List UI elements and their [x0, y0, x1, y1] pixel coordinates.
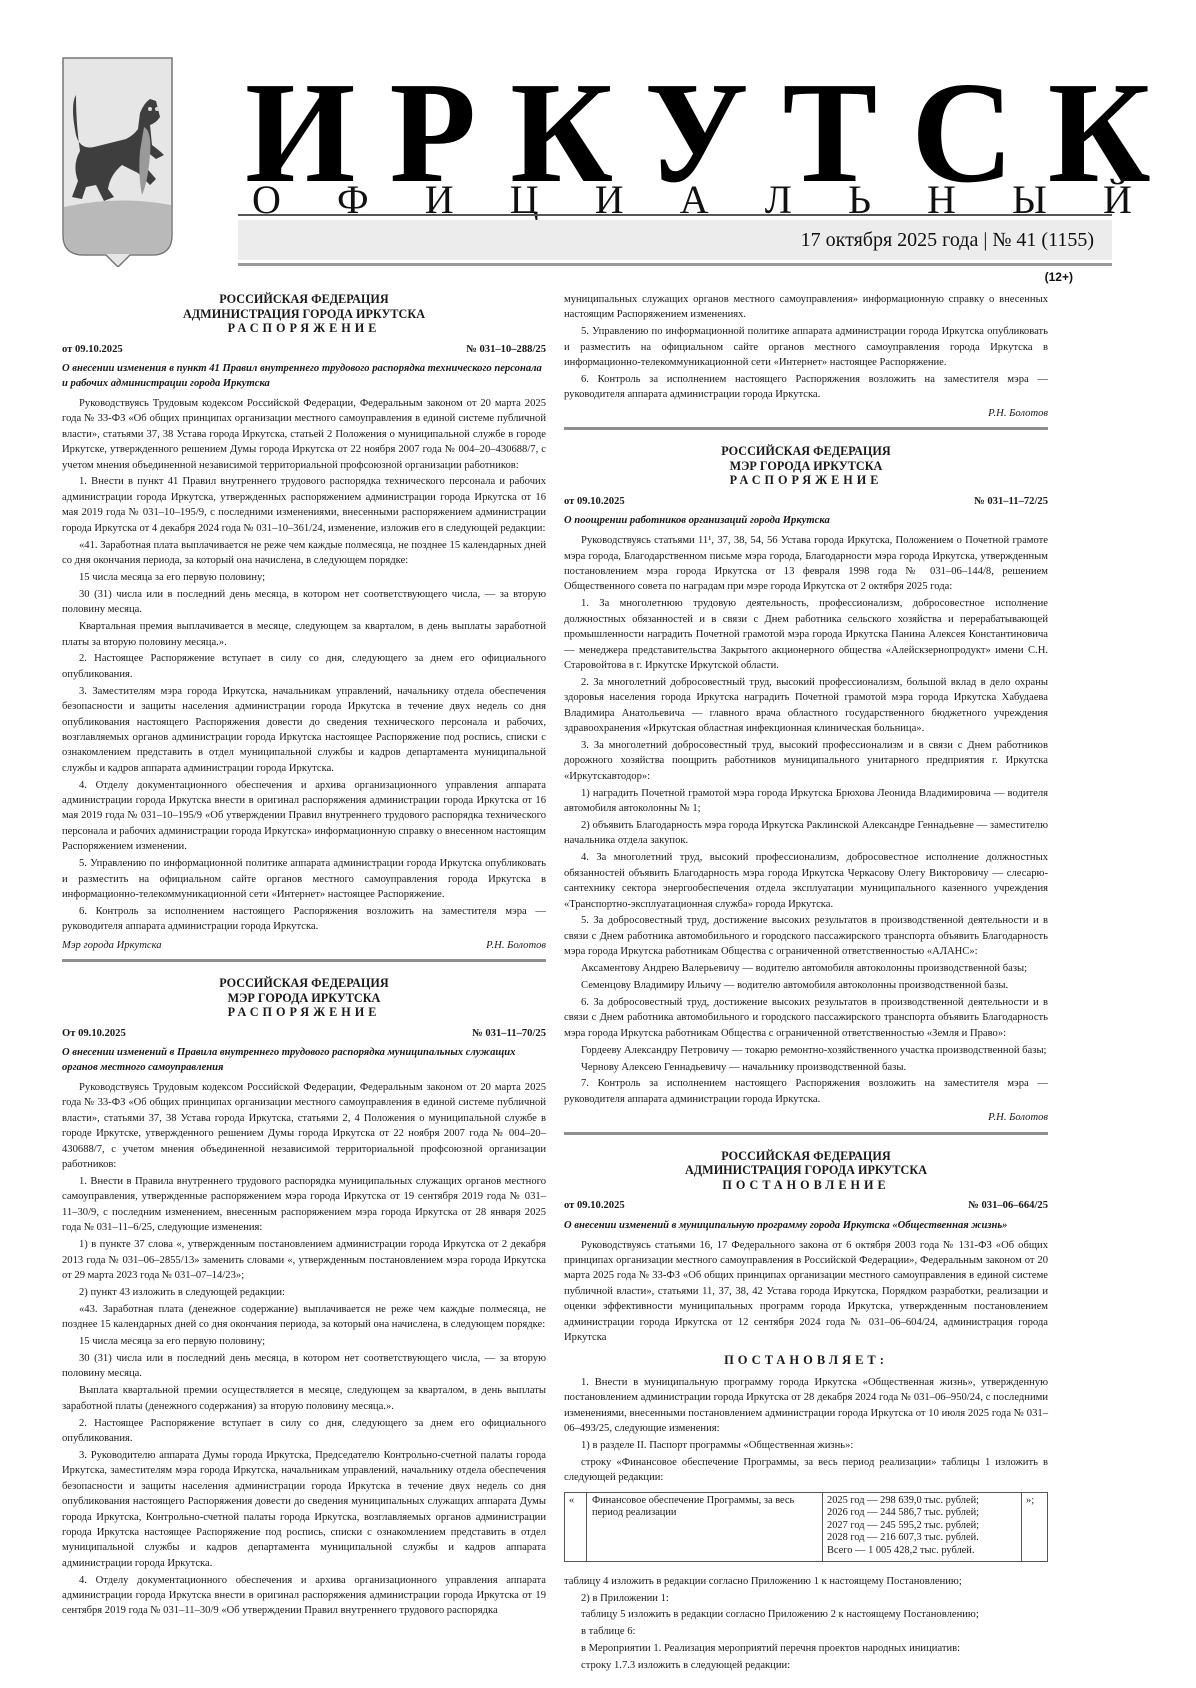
paragraph: Семенцову Владимиру Ильичу — водителю ав… — [564, 978, 1048, 993]
financing-value: 2028 год — 216 607,3 тыс. рублей. — [827, 1532, 1017, 1545]
left-column: РОССИЙСКАЯ ФЕДЕРАЦИЯ АДМИНИСТРАЦИЯ ГОРОД… — [62, 292, 546, 1620]
document-subject: О поощрении работников организаций город… — [564, 513, 1048, 528]
table-cell-open-quote: « — [565, 1492, 587, 1561]
header-line: РОССИЙСКАЯ ФЕДЕРАЦИЯ — [564, 444, 1048, 459]
document-header: РОССИЙСКАЯ ФЕДЕРАЦИЯ МЭР ГОРОДА ИРКУТСКА… — [62, 976, 546, 1020]
document-meta: От 09.10.2025 № 031–11–70/25 — [62, 1026, 546, 1041]
paragraph: 1. Внести в пункт 41 Правил внутреннего … — [62, 474, 546, 536]
document-subject: О внесении изменений в Правила внутренне… — [62, 1045, 546, 1075]
issue-date-number: 17 октября 2025 года | № 41 (1155) — [801, 226, 1094, 254]
paragraph: муниципальных служащих органов местного … — [564, 292, 1048, 323]
document-type: РАСПОРЯЖЕНИЕ — [62, 321, 546, 336]
paragraph: 2) пункт 43 изложить в следующей редакци… — [62, 1285, 546, 1300]
paragraph: 2) в Приложении 1: — [564, 1591, 1048, 1606]
paragraph: 6. Контроль за исполнением настоящего Ра… — [564, 372, 1048, 403]
paragraph: 3. Руководителю аппарата Думы города Ирк… — [62, 1448, 546, 1571]
financing-total: Всего — 1 005 428,2 тыс. рублей. — [827, 1545, 1017, 1558]
paragraph: 2. За многолетний добросовестный труд, в… — [564, 675, 1048, 737]
issue-band: 17 октября 2025 года | № 41 (1155) — [238, 220, 1112, 260]
document-date: От 09.10.2025 — [62, 1026, 126, 1041]
paragraph: 3. Заместителям мэра города Иркутска, на… — [62, 684, 546, 776]
header-line: АДМИНИСТРАЦИЯ ГОРОДА ИРКУТСКА — [564, 1163, 1048, 1178]
paragraph: 7. Контроль за исполнением настоящего Ра… — [564, 1076, 1048, 1107]
signature: Р.Н. Болотов — [564, 406, 1048, 421]
paragraph: 5. Управлению по информационной политике… — [564, 324, 1048, 370]
paragraph: 4. Отделу документационного обеспечения … — [62, 1573, 546, 1619]
paragraph: Руководствуясь статьями 16, 17 Федеральн… — [564, 1238, 1048, 1346]
document-order-288: РОССИЙСКАЯ ФЕДЕРАЦИЯ АДМИНИСТРАЦИЯ ГОРОД… — [62, 292, 546, 953]
paragraph: 3. За многолетний добросовестный труд, в… — [564, 738, 1048, 784]
header-line: МЭР ГОРОДА ИРКУТСКА — [564, 459, 1048, 474]
section-divider — [564, 427, 1048, 430]
document-number: № 031–11–70/25 — [472, 1026, 546, 1041]
masthead: ИРКУТСК О Ф И Ц И А Л Ь Н Ы Й 17 октября… — [62, 60, 1062, 300]
paragraph: Руководствуясь Трудовым кодексом Российс… — [62, 1080, 546, 1172]
paragraph: «43. Заработная плата (денежное содержан… — [62, 1302, 546, 1333]
financing-value: 2027 год — 245 595,2 тыс. рублей; — [827, 1520, 1017, 1533]
table-cell-close-quote: »; — [1022, 1492, 1048, 1561]
irkutsk-coat-of-arms-icon — [62, 85, 152, 285]
paragraph: в Мероприятии 1. Реализация мероприятий … — [564, 1641, 1048, 1656]
paragraph: Аксаментову Андрею Валерьевичу — водител… — [564, 961, 1048, 976]
paragraph: 1. Внести в муниципальную программу горо… — [564, 1375, 1048, 1437]
paragraph: 6. Контроль за исполнением настоящего Ра… — [62, 904, 546, 935]
document-order-70: РОССИЙСКАЯ ФЕДЕРАЦИЯ МЭР ГОРОДА ИРКУТСКА… — [62, 976, 546, 1619]
document-meta: от 09.10.2025 № 031–06–664/25 — [564, 1198, 1048, 1213]
paragraph: 1) наградить Почетной грамотой мэра горо… — [564, 786, 1048, 817]
section-divider — [62, 959, 546, 962]
paragraph: 4. За многолетний труд, высокий професси… — [564, 850, 1048, 912]
paragraph: 15 числа месяца за его первую половину; — [62, 570, 546, 585]
paragraph: Квартальная премия выплачивается в месяц… — [62, 619, 546, 650]
paragraph: 2. Настоящее Распоряжение вступает в сил… — [62, 1416, 546, 1447]
section-divider — [564, 1132, 1048, 1135]
document-header: РОССИЙСКАЯ ФЕДЕРАЦИЯ МЭР ГОРОДА ИРКУТСКА… — [564, 444, 1048, 488]
financing-value: 2025 год — 298 639,0 тыс. рублей; — [827, 1495, 1017, 1508]
paragraph: в таблице 6: — [564, 1624, 1048, 1639]
paragraph: 1. Внести в Правила внутреннего трудовог… — [62, 1174, 546, 1236]
header-line: РОССИЙСКАЯ ФЕДЕРАЦИЯ — [564, 1149, 1048, 1164]
paragraph: «41. Заработная плата выплачивается не р… — [62, 538, 546, 569]
document-date: от 09.10.2025 — [62, 342, 123, 357]
signature: Мэр города Иркутска Р.Н. Болотов — [62, 938, 546, 953]
table-cell-label: Финансовое обеспечение Программы, за вес… — [587, 1492, 823, 1561]
paragraph: Чернову Алексею Геннадьевичу — начальник… — [564, 1060, 1048, 1075]
document-header: РОССИЙСКАЯ ФЕДЕРАЦИЯ АДМИНИСТРАЦИЯ ГОРОД… — [62, 292, 546, 336]
paragraph: строку 1.7.3 изложить в следующей редакц… — [564, 1658, 1048, 1673]
paragraph: 30 (31) числа или в последний день месяц… — [62, 587, 546, 618]
resolves-heading: ПОСТАНОВЛЯЕТ: — [564, 1353, 1048, 1368]
paragraph: таблицу 5 изложить в редакции согласно П… — [564, 1607, 1048, 1622]
document-header: РОССИЙСКАЯ ФЕДЕРАЦИЯ АДМИНИСТРАЦИЯ ГОРОД… — [564, 1149, 1048, 1193]
right-column: муниципальных служащих органов местного … — [564, 292, 1048, 1675]
paragraph: Руководствуясь Трудовым кодексом Российс… — [62, 396, 546, 473]
paragraph: 1) в пункте 37 слова «, утвержденным пос… — [62, 1237, 546, 1283]
signatory-name: Р.Н. Болотов — [988, 406, 1048, 421]
signatory-position: Мэр города Иркутска — [62, 938, 162, 953]
header-rule — [238, 214, 1112, 216]
document-type: РАСПОРЯЖЕНИЕ — [62, 1005, 546, 1020]
signatory-name: Р.Н. Болотов — [486, 938, 546, 953]
paragraph: 4. Отделу документационного обеспечения … — [62, 778, 546, 855]
header-line: АДМИНИСТРАЦИЯ ГОРОДА ИРКУТСКА — [62, 307, 546, 322]
table-cell-values: 2025 год — 298 639,0 тыс. рублей; 2026 г… — [823, 1492, 1022, 1561]
document-meta: от 09.10.2025 № 031–10–288/25 — [62, 342, 546, 357]
paragraph: Гордееву Александру Петровичу — токарю р… — [564, 1043, 1048, 1058]
document-number: № 031–06–664/25 — [968, 1198, 1048, 1213]
paragraph: Руководствуясь статьями 11¹, 37, 38, 54,… — [564, 533, 1048, 595]
document-date: от 09.10.2025 — [564, 1198, 625, 1213]
paragraph: строку «Финансовое обеспечение Программы… — [564, 1455, 1048, 1486]
paragraph: таблицу 4 изложить в редакции согласно П… — [564, 1574, 1048, 1589]
document-resolution-664: РОССИЙСКАЯ ФЕДЕРАЦИЯ АДМИНИСТРАЦИЯ ГОРОД… — [564, 1149, 1048, 1674]
document-type: ПОСТАНОВЛЕНИЕ — [564, 1178, 1048, 1193]
paragraph: 15 числа месяца за его первую половину; — [62, 1334, 546, 1349]
document-number: № 031–10–288/25 — [466, 342, 546, 357]
paragraph: 30 (31) числа или в последний день месяц… — [62, 1351, 546, 1382]
paragraph: 6. За добросовестный труд, достижение вы… — [564, 995, 1048, 1041]
document-order-72: РОССИЙСКАЯ ФЕДЕРАЦИЯ МЭР ГОРОДА ИРКУТСКА… — [564, 444, 1048, 1125]
document-subject: О внесении изменений в муниципальную про… — [564, 1218, 1048, 1233]
document-number: № 031–11–72/25 — [974, 494, 1048, 509]
table-row: « Финансовое обеспечение Программы, за в… — [565, 1492, 1048, 1561]
paragraph: 2. Настоящее Распоряжение вступает в сил… — [62, 651, 546, 682]
paragraph: 1. За многолетнюю трудовую деятельность,… — [564, 596, 1048, 673]
paragraph: 2) объявить Благодарность мэра города Ир… — [564, 818, 1048, 849]
header-line: РОССИЙСКАЯ ФЕДЕРАЦИЯ — [62, 292, 546, 307]
paragraph: 5. Управлению по информационной политике… — [62, 856, 546, 902]
document-type: РАСПОРЯЖЕНИЕ — [564, 473, 1048, 488]
document-meta: от 09.10.2025 № 031–11–72/25 — [564, 494, 1048, 509]
document-date: от 09.10.2025 — [564, 494, 625, 509]
signatory-name: Р.Н. Болотов — [988, 1110, 1048, 1125]
age-rating: (12+) — [1045, 270, 1073, 284]
paragraph: 5. За добросовестный труд, достижение вы… — [564, 913, 1048, 959]
header-line: РОССИЙСКАЯ ФЕДЕРАЦИЯ — [62, 976, 546, 991]
document-subject: О внесении изменения в пункт 41 Правил в… — [62, 361, 546, 391]
financing-value: 2026 год — 244 586,7 тыс. рублей; — [827, 1507, 1017, 1520]
paragraph: 1) в разделе II. Паспорт программы «Обще… — [564, 1438, 1048, 1453]
header-rule-bottom — [238, 263, 1112, 266]
header-line: МЭР ГОРОДА ИРКУТСКА — [62, 991, 546, 1006]
document-order-70-continued: муниципальных служащих органов местного … — [564, 292, 1048, 421]
paragraph: Выплата квартальной премии осуществляетс… — [62, 1383, 546, 1414]
signature: Р.Н. Болотов — [564, 1110, 1048, 1125]
financing-table: « Финансовое обеспечение Программы, за в… — [564, 1492, 1048, 1562]
